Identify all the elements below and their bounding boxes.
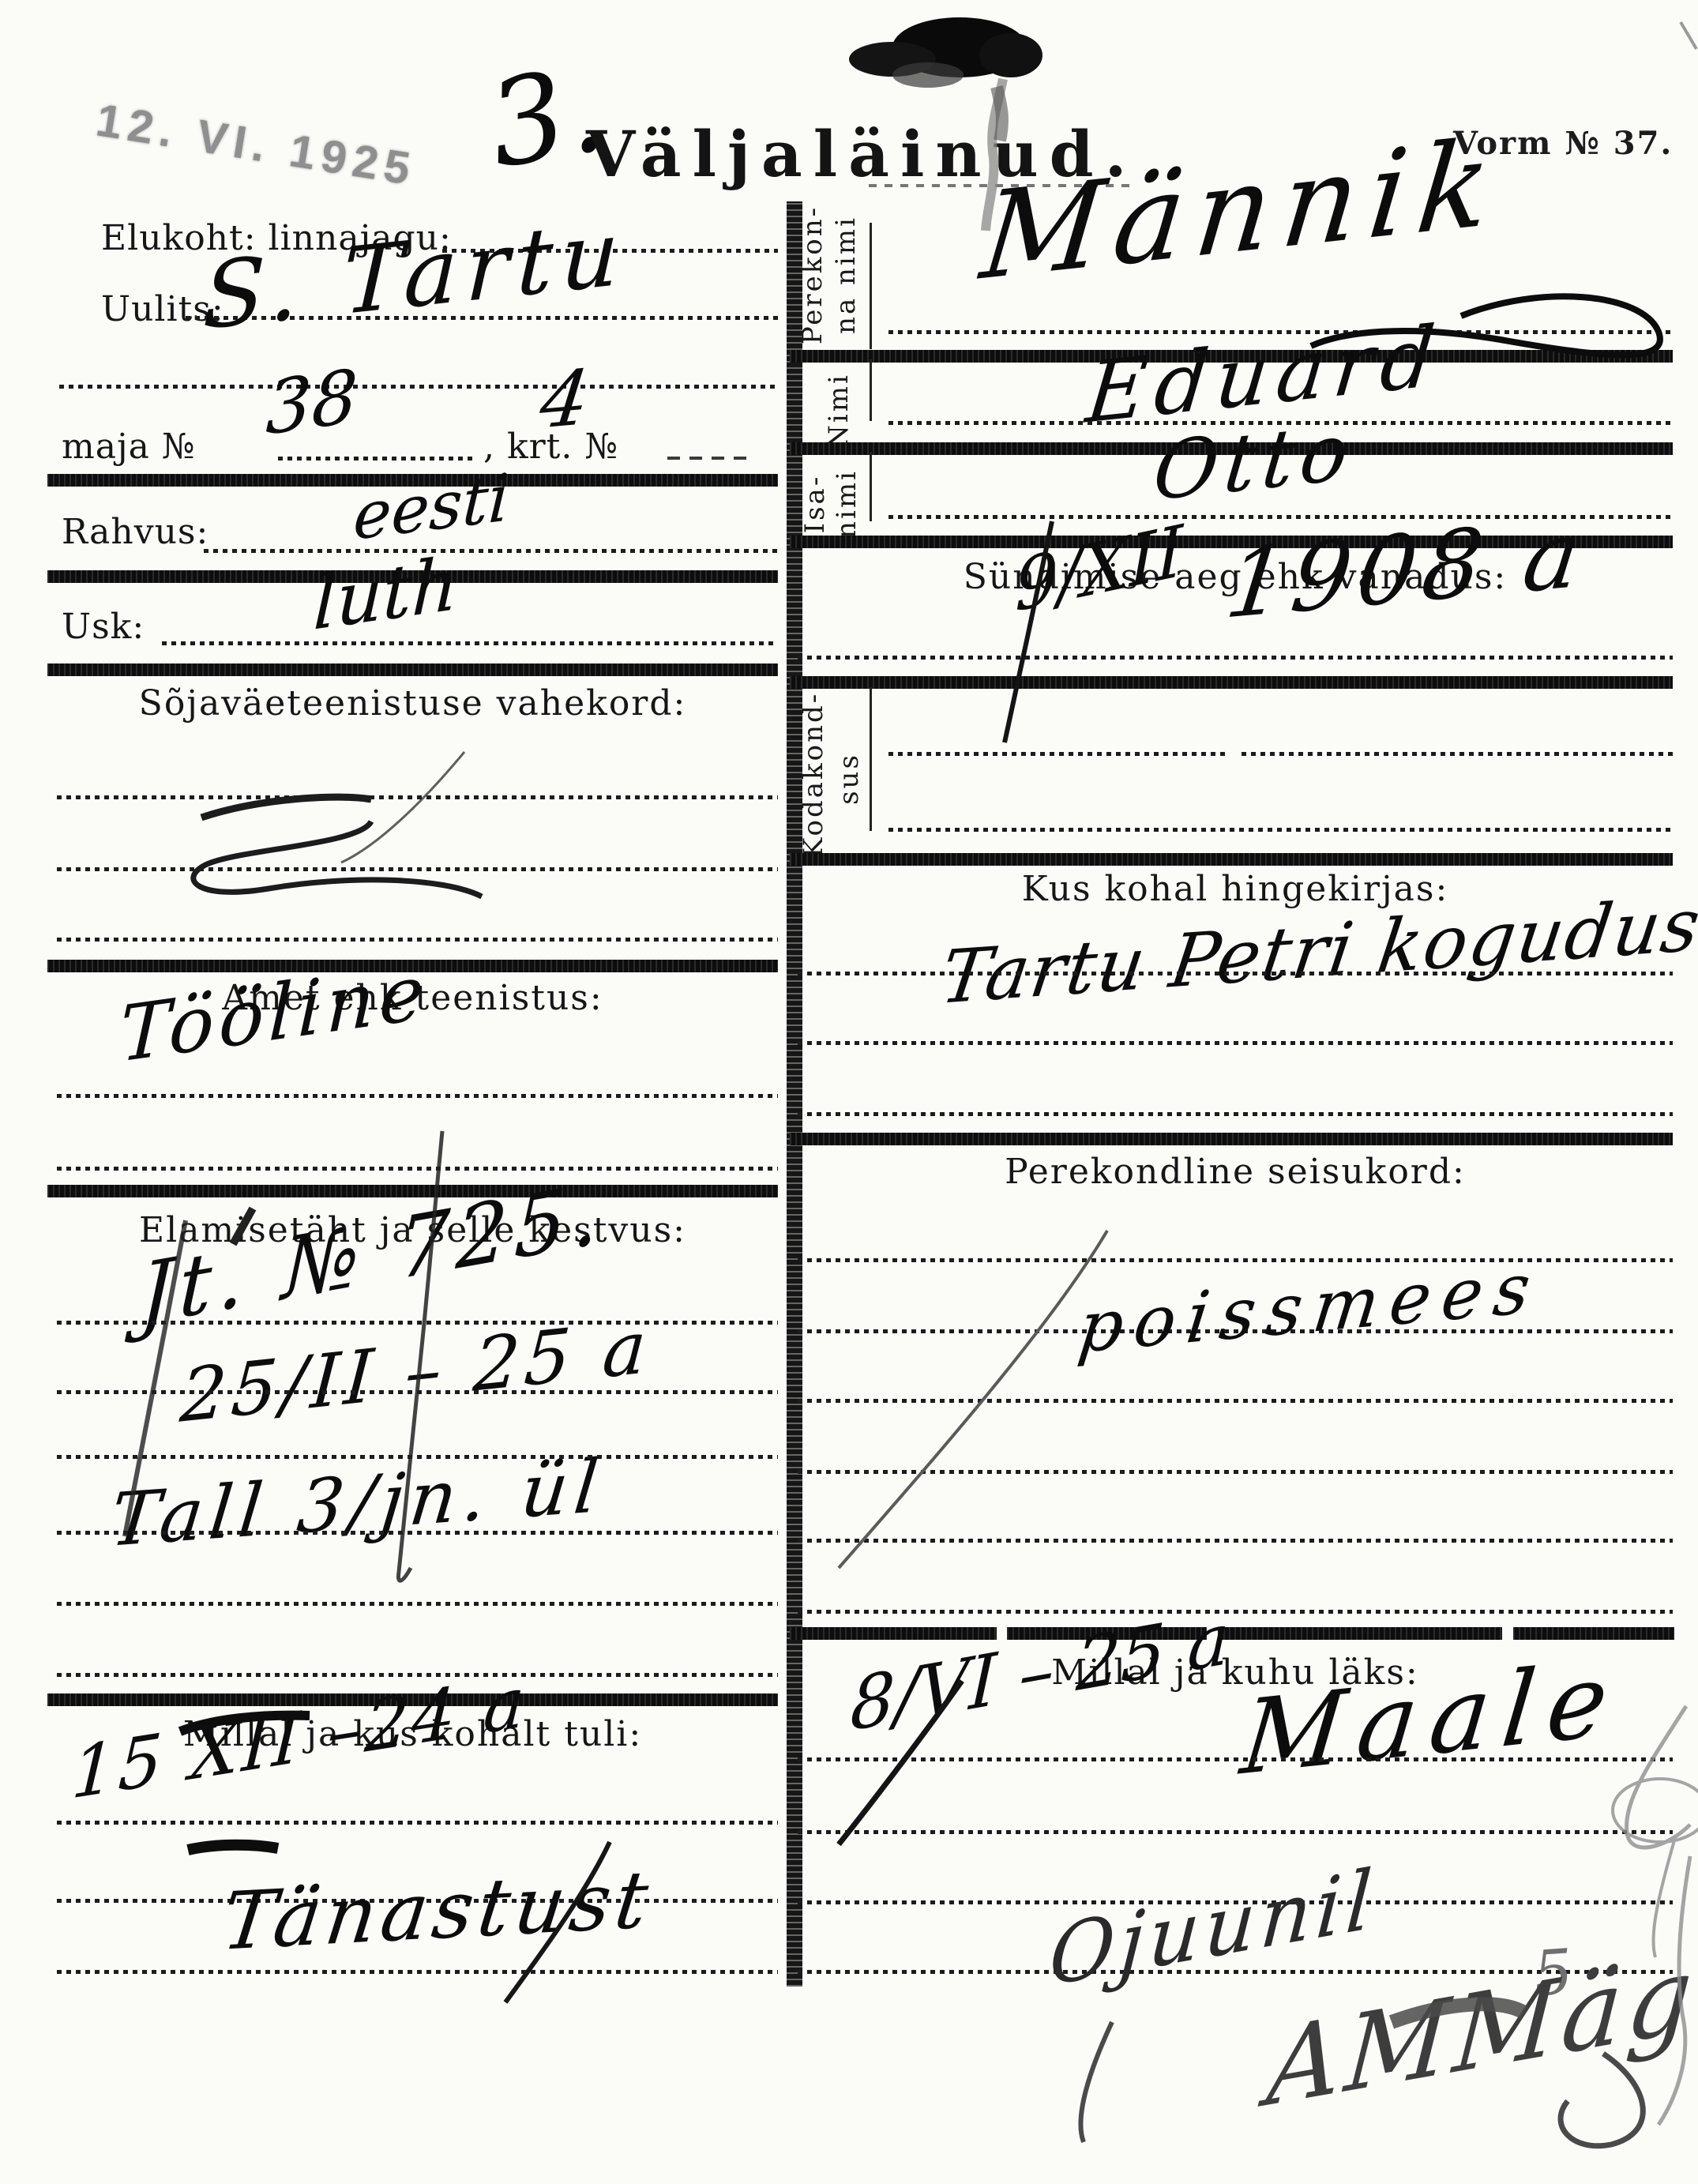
scanned-form-page: 12. VI. 1925 3. Väljaläinud. Vorm № 37. …	[0, 0, 1698, 2184]
maale-pencil-scribbles	[1613, 1706, 1698, 2125]
sojavae-flourish-stroke	[193, 752, 482, 897]
sundimine-slash-stroke	[1005, 521, 1052, 742]
tuli-date-flourish	[180, 1716, 310, 1850]
ink-blot	[849, 17, 1042, 231]
handwriting-strokes-layer	[0, 0, 1698, 2184]
laks-date-descender	[839, 1681, 962, 1844]
tanastust-cross-stroke	[505, 1842, 610, 2002]
elamisetaht-diagonal-strokes	[125, 1131, 442, 1581]
seisukord-pencil-stroke	[839, 1231, 1107, 1568]
corner-pencil-tick	[1681, 22, 1696, 49]
mannik-underline-loop	[1311, 296, 1660, 355]
signature-flourish	[1080, 2004, 1643, 2145]
